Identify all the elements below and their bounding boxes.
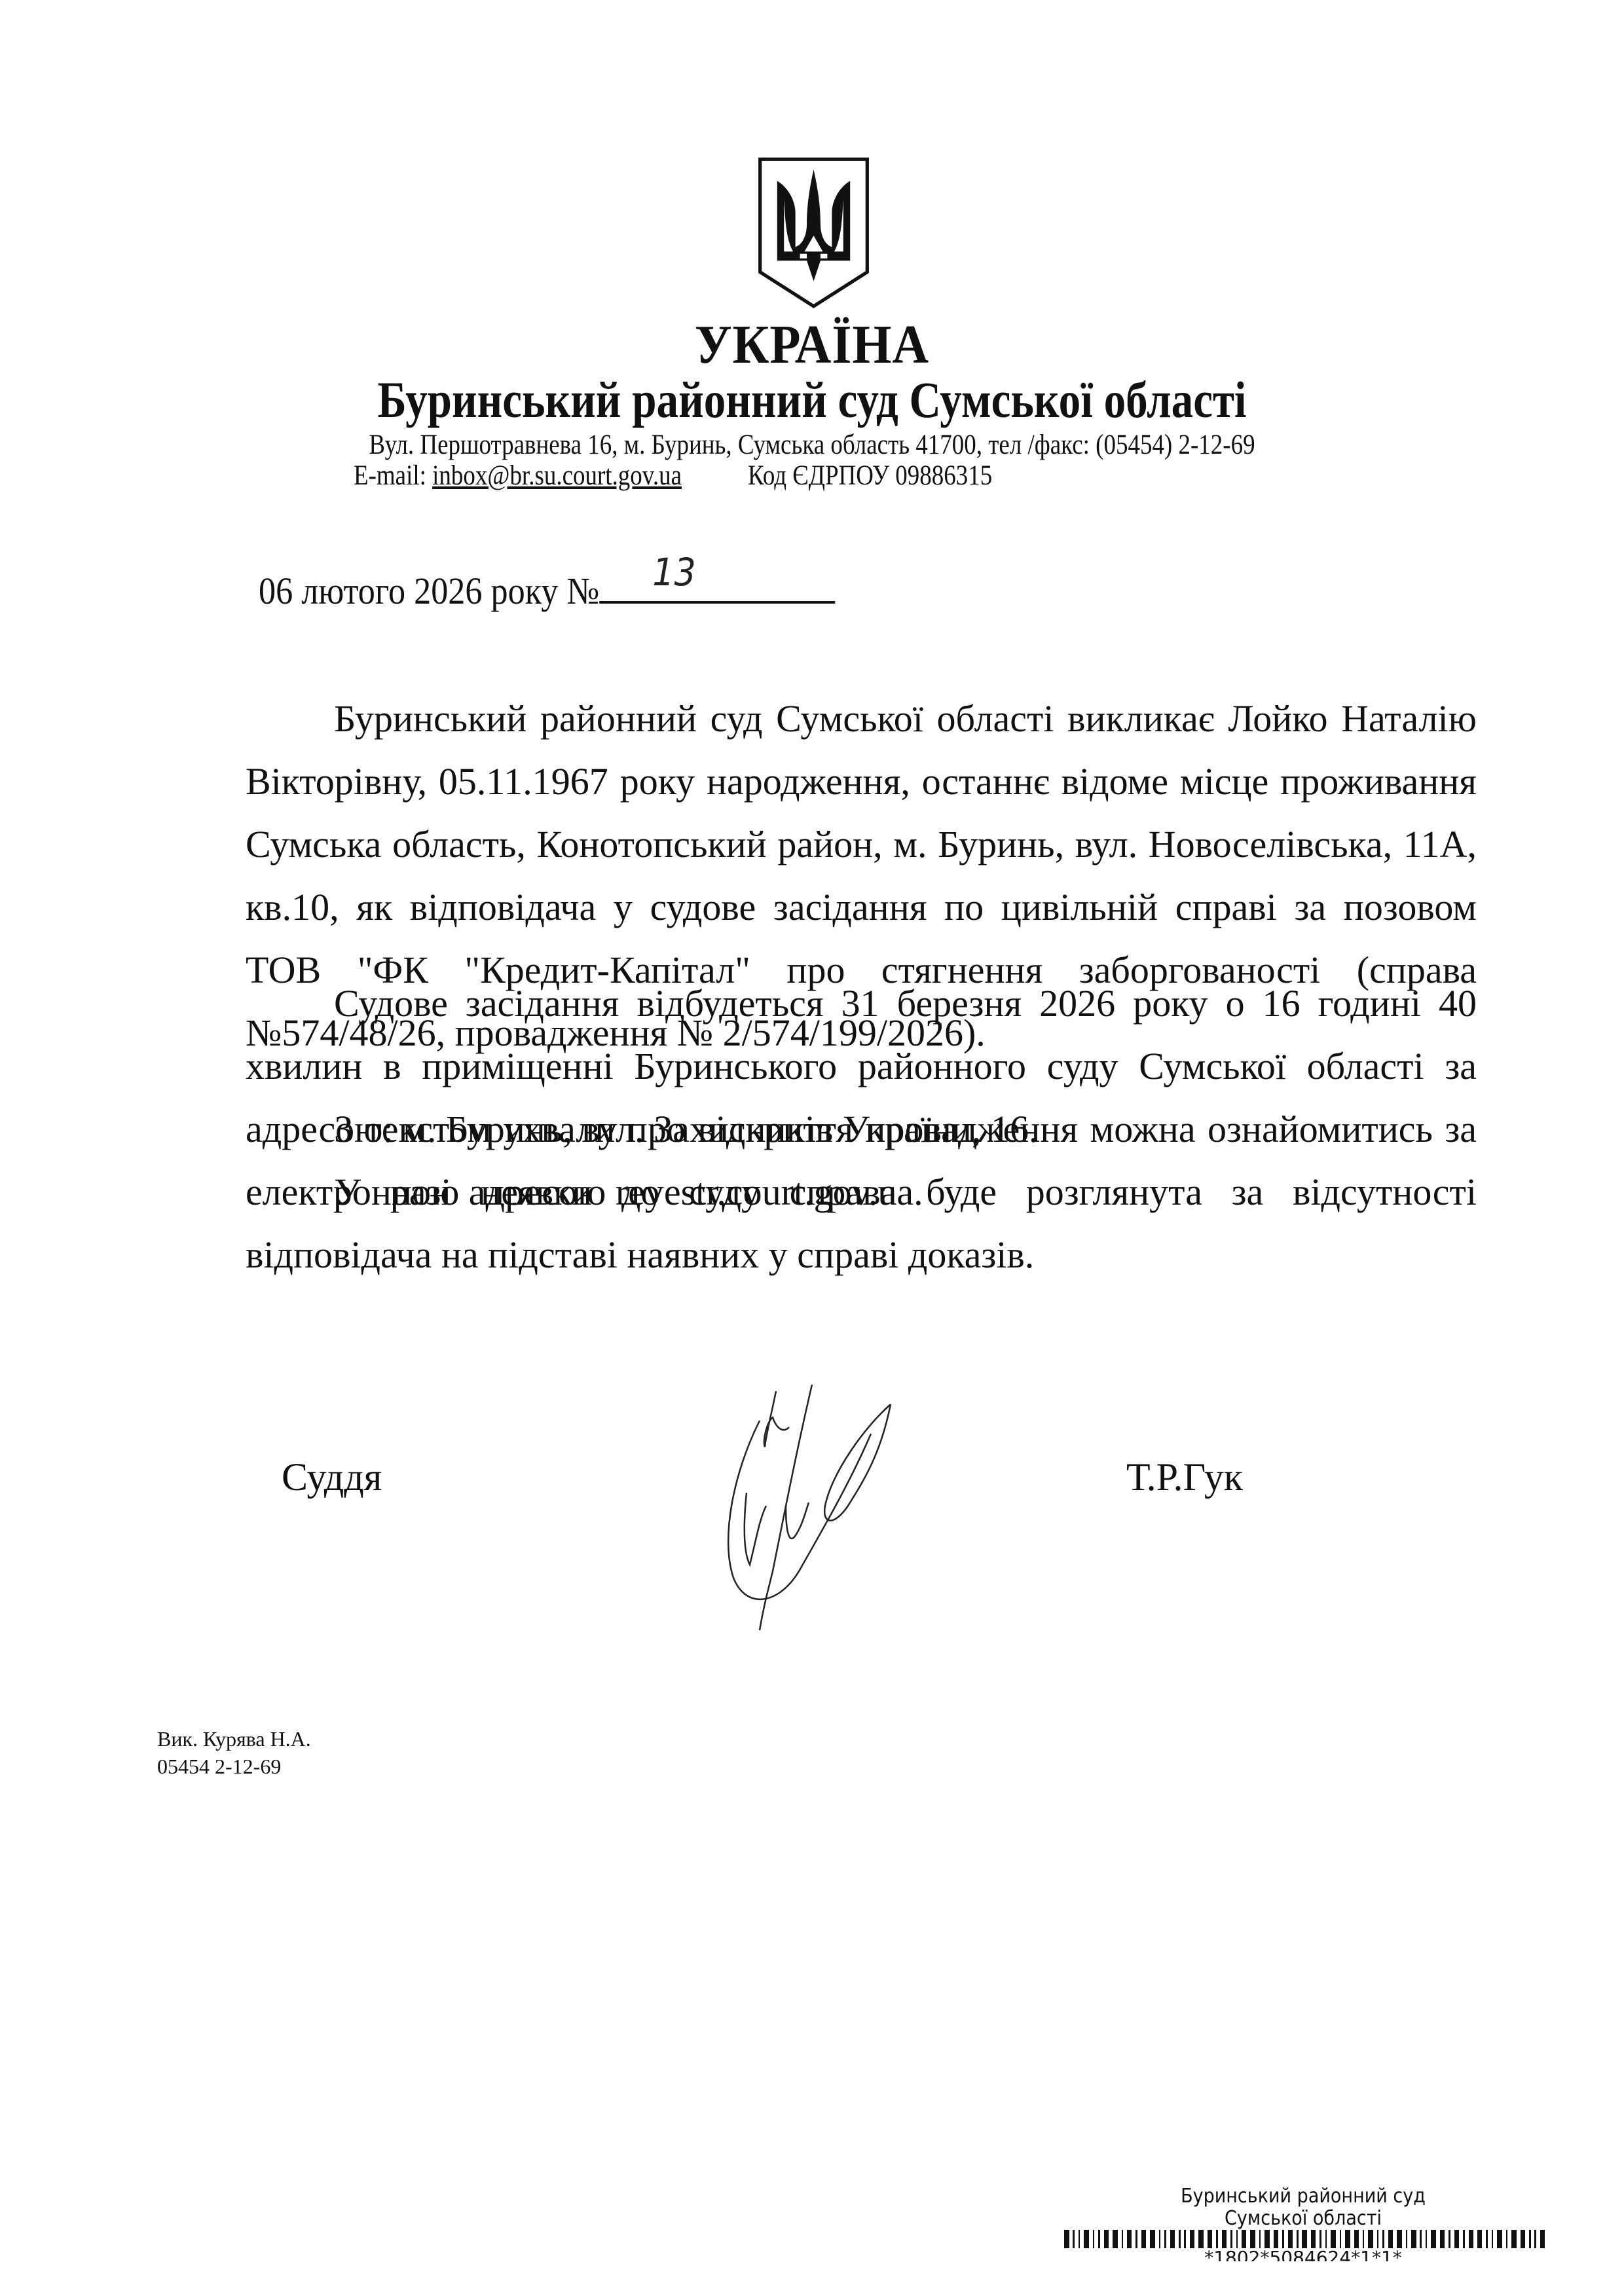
executor-info: Вик. Курява Н.А. 05454 2-12-69 bbox=[157, 1725, 311, 1780]
court-name: Буринський районний суд Сумської області bbox=[114, 371, 1511, 429]
email-link[interactable]: inbox@br.su.court.gov.ua bbox=[432, 460, 682, 491]
court-address: Вул. Першотравнева 16, м. Буринь, Сумськ… bbox=[114, 429, 1511, 461]
handwritten-number: 13 bbox=[652, 550, 695, 594]
edrpou-code: Код ЄДРПОУ 09886315 bbox=[748, 460, 992, 492]
letter-date: 06 лютого 2026 року № bbox=[259, 570, 599, 612]
handwritten-signature-icon bbox=[694, 1375, 989, 1637]
paragraph-absence: У разі неявки до суду справа буде розгля… bbox=[246, 1161, 1477, 1286]
barcode-number: *1802*5084624*1*1* bbox=[1061, 2247, 1545, 2261]
trident-coat-of-arms-icon bbox=[756, 156, 871, 310]
country-title: УКРАЇНА bbox=[65, 313, 1559, 376]
judge-label: Суддя bbox=[282, 1455, 382, 1500]
stamp-line-2: Сумської області bbox=[1085, 2208, 1521, 2230]
contacts-line: E-mail: inbox@br.su.court.gov.ua Код ЄДР… bbox=[354, 460, 1142, 492]
number-field: 13 bbox=[599, 568, 835, 604]
executor-name: Вик. Курява Н.А. bbox=[157, 1725, 311, 1753]
executor-phone: 05454 2-12-69 bbox=[157, 1753, 311, 1780]
judge-name: Т.Р.Гук bbox=[1126, 1455, 1243, 1500]
email-label: E-mail: bbox=[354, 460, 426, 491]
date-and-number: 06 лютого 2026 року №13 bbox=[259, 568, 835, 613]
stamp-line-1: Буринський районний суд bbox=[1085, 2185, 1521, 2208]
registry-stamp: Буринський районний суд Сумської області bbox=[1085, 2185, 1521, 2230]
barcode-icon bbox=[1064, 2230, 1545, 2248]
